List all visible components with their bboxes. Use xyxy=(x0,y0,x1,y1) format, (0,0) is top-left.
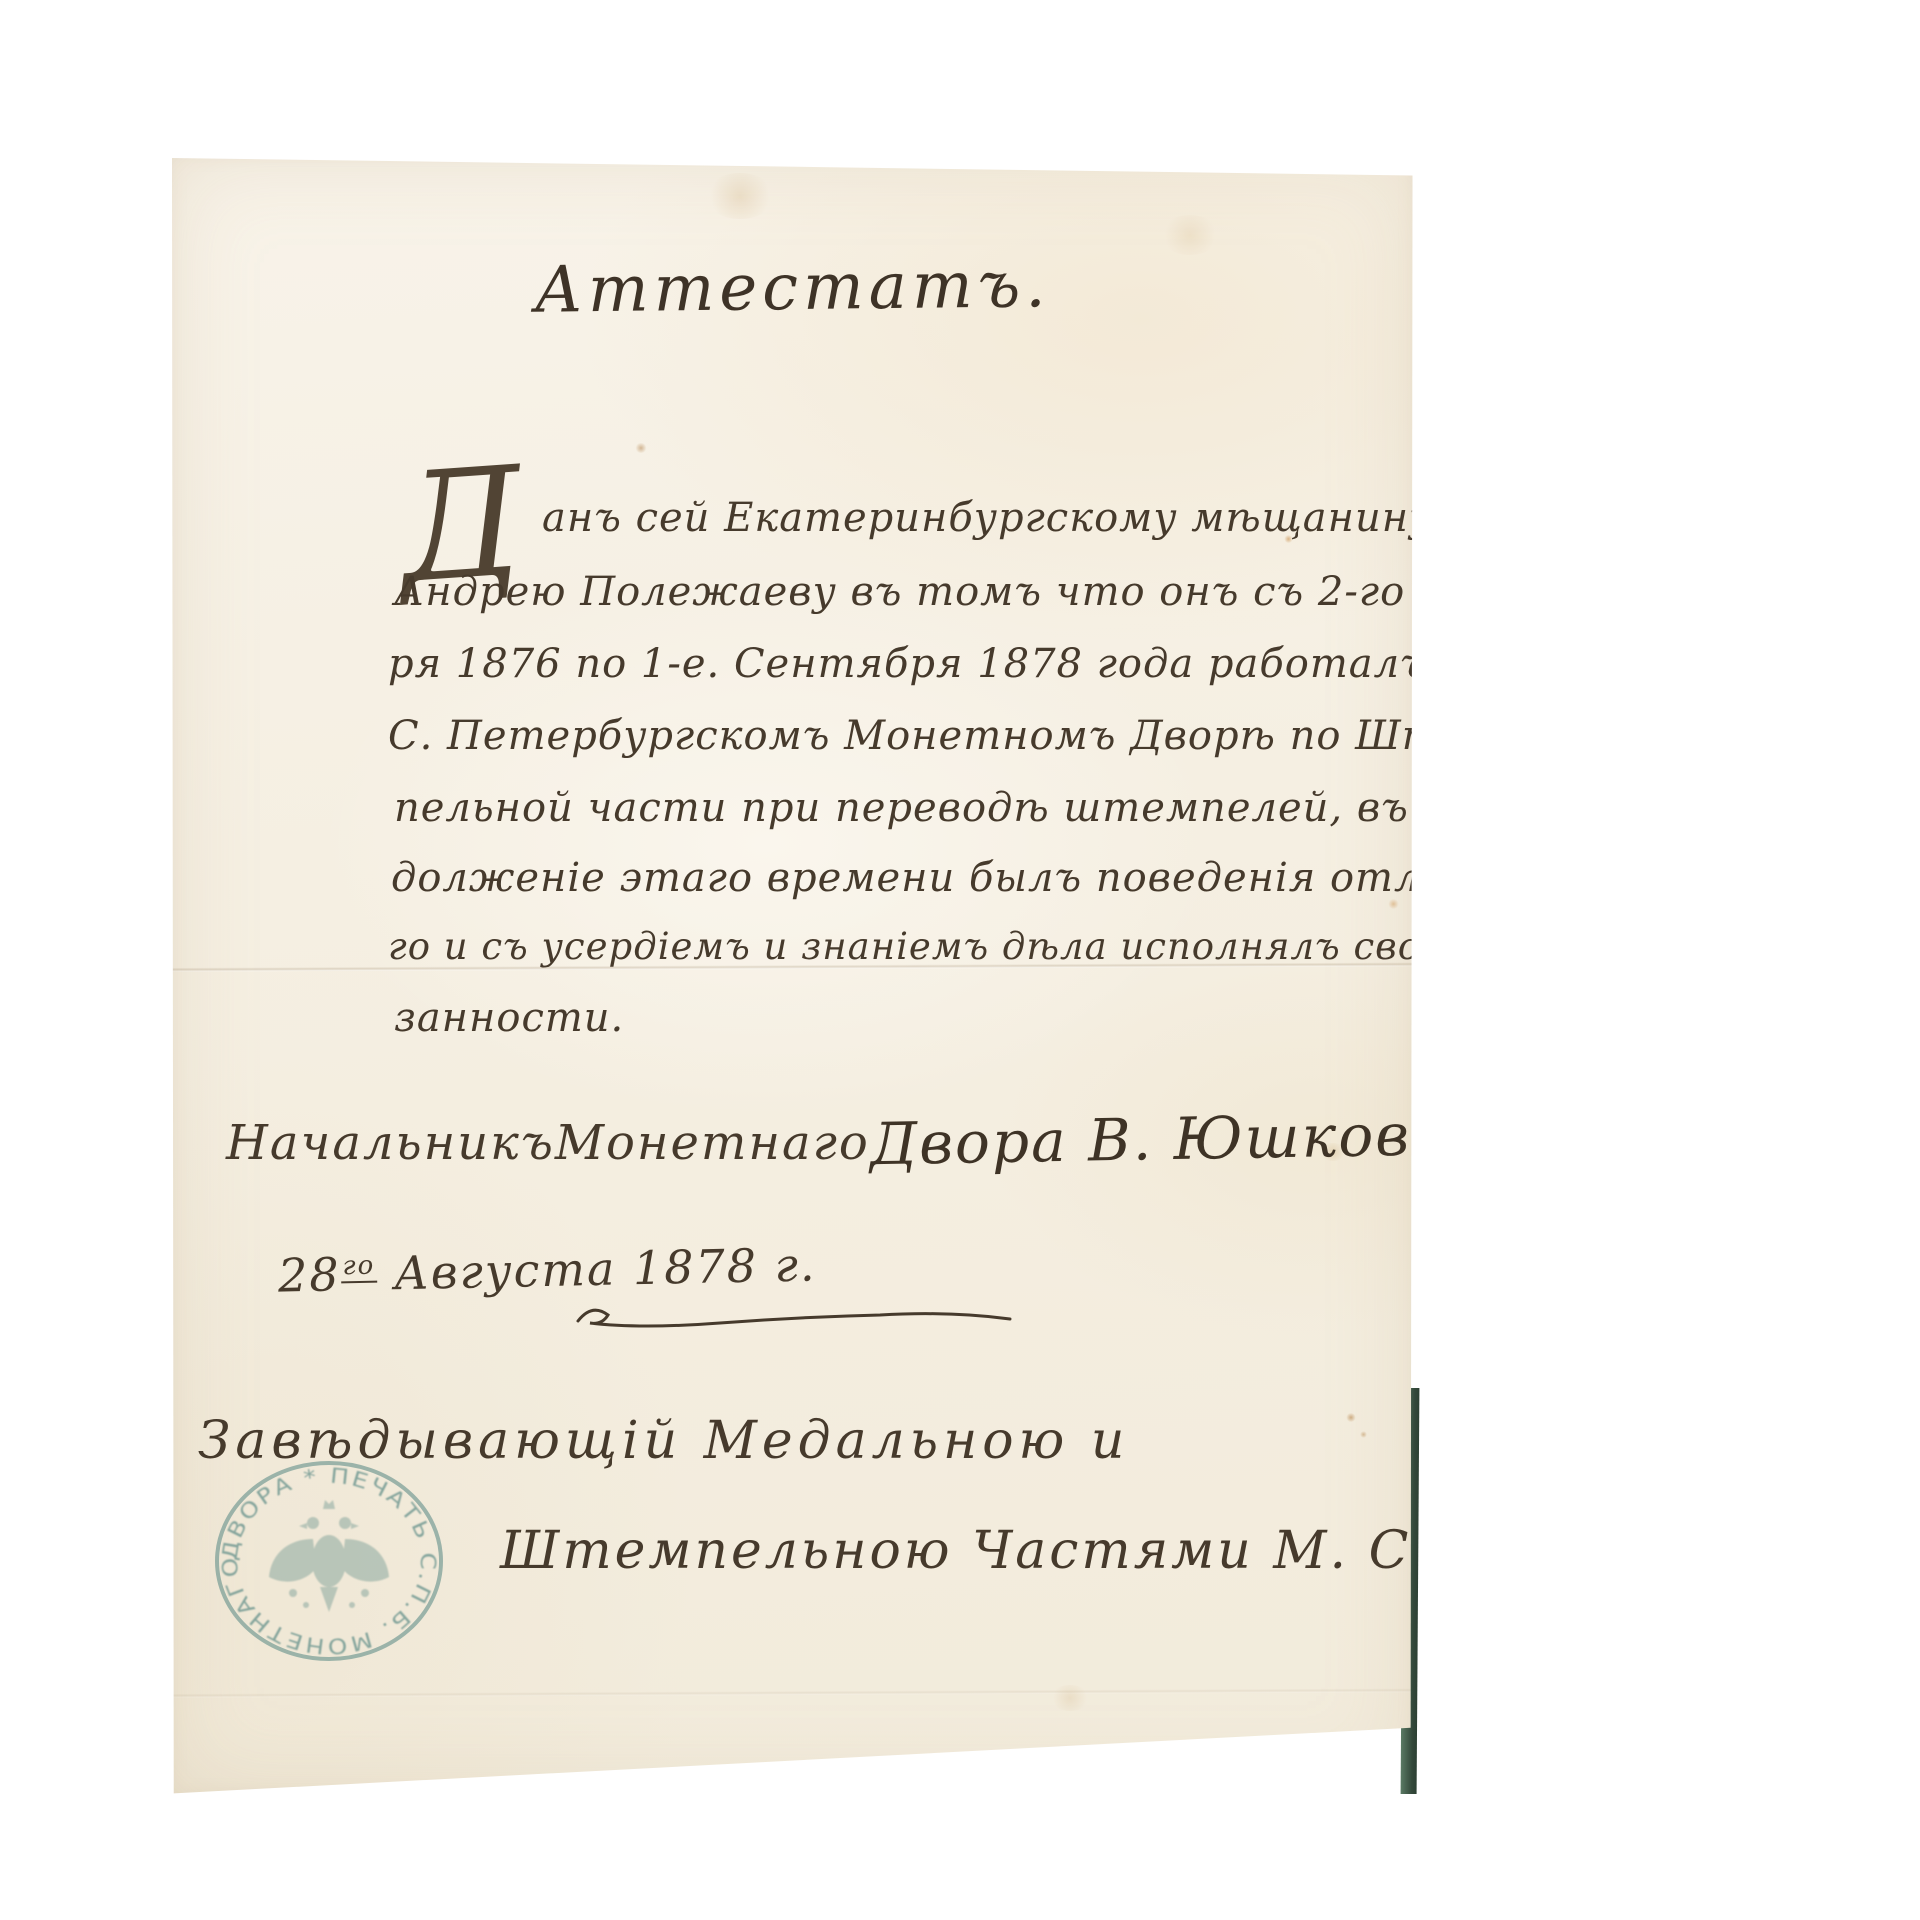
document-title: Аттестатъ. xyxy=(170,244,1416,331)
director-title-word: Начальникъ xyxy=(226,1115,555,1171)
date-day-suffix: го xyxy=(340,1250,377,1283)
stamp-department-text: Штемпельною Частями М. Семеновъ xyxy=(500,1521,1668,1581)
signature-flourish xyxy=(1674,1536,1708,1594)
body-line: го и съ усердіемъ и знаніемъ дѣла исполн… xyxy=(388,925,1544,968)
date-underline-flourish xyxy=(570,1301,1040,1333)
document-paper: ДВОРА * ПЕЧАТЬ С.П.Б. МОНЕТНАГО Аттестат… xyxy=(170,155,1415,1795)
medal-department-role-line: Завѣдывающій Медальною и xyxy=(198,1411,1129,1471)
date-line: 28го Августа 1878 г. xyxy=(277,1237,817,1302)
body-line: долженіе этаго времени былъ поведенія от… xyxy=(391,855,1540,901)
date-day: 28 xyxy=(277,1247,341,1302)
stamp-department-signature-line: Штемпельною Частями М. Семеновъ xyxy=(500,1521,1708,1594)
photograph-background: ДВОРА * ПЕЧАТЬ С.П.Б. МОНЕТНАГО Аттестат… xyxy=(0,0,1920,1920)
body-line: анъ сей Екатеринбургскому мѣщанину xyxy=(542,495,1433,541)
director-signature: Двора В. Юшковъ. xyxy=(869,1100,1472,1178)
body-line: Андрею Полежаеву въ томъ что онъ съ 2-го… xyxy=(394,569,1543,615)
handwriting-layer: Аттестатъ. Д анъ сей Екатеринбургскому м… xyxy=(170,155,1415,1795)
body-line: занности. xyxy=(394,995,624,1041)
body-line: ря 1876 по 1-е. Сентября 1878 года работ… xyxy=(388,641,1494,687)
director-signature-line: Начальникъ Монетнаго Двора В. Юшковъ. xyxy=(226,1105,1416,1173)
body-line: пельной части при переводѣ штемпелей, въ… xyxy=(394,785,1515,831)
date-rest: Августа 1878 г. xyxy=(377,1237,817,1300)
body-line: С. Петербургскомъ Монетномъ Дворѣ по Ште… xyxy=(388,713,1514,759)
director-title-word: Монетнаго xyxy=(555,1115,870,1171)
